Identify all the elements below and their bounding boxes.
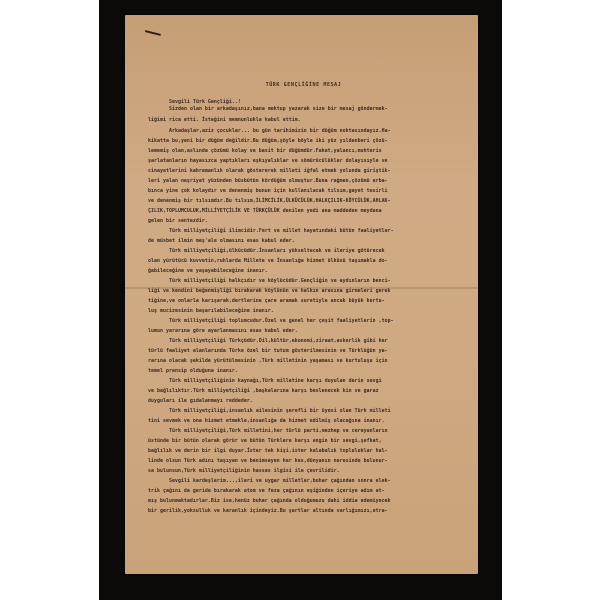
photo-backdrop: TÜRK GENÇLİĞİNE MESAJ Sevgili Türk Gençl… [99, 0, 502, 600]
document-line: rarına olacak şekilde yürütülmesinin ,Tü… [148, 358, 388, 364]
document-line: liğimi rica etti. İsteğini memnunlukla k… [148, 117, 301, 123]
document-line: bınca yine çok kolaydır ve denenmiş bunu… [148, 188, 388, 194]
document-line: tiğine,ve onlarla karışarak,dertlerine ç… [148, 298, 385, 304]
document-line: şarlatanların hayasızca yaptıkları eşkıy… [148, 158, 388, 164]
document-line: Türk milliyetçiliği,insanlık ailesinin ş… [169, 408, 391, 414]
document-line: ve denenmiş bir tılsımdır.Bu tılsım,İLİM… [148, 198, 391, 204]
document-line: temel prensip olduğuna inanır. [148, 368, 238, 374]
document-line: sa bulunsun,Türk milliyetçiliğinin hassa… [148, 468, 340, 474]
document-line: liği ve kendini beğenmişliği bırakarak k… [148, 288, 391, 294]
document-line: Türk milliyetçiliği Türkçüdür.Dil,kültür… [169, 338, 388, 344]
document-title: TÜRK GENÇLİĞİNE MESAJ [141, 82, 466, 88]
document-line: bir gerilik,yoksulluk ve karanlık içinde… [148, 508, 388, 514]
document-line: ÇILIK,TOPLUMCULUK,MİLLİYETÇİLİK VE TÜRKÇ… [148, 208, 382, 214]
document-line: Türk milliyetçiliği,ülkücüdür.İnsanları … [169, 248, 385, 254]
document-line: tini sevmek ve ona hizmet etmekle,insanl… [148, 418, 385, 424]
document-line: bağlılık ve derin bir ilgi duyar.İster t… [148, 448, 388, 454]
document-line: luş mucizesinin başarılabileceğine inanı… [148, 308, 274, 314]
document-line: Arkadaşlar,aziz çocuklar... bu gün tarih… [169, 128, 391, 134]
typewritten-page: TÜRK GENÇLİĞİNE MESAJ Sevgili Türk Gençl… [125, 15, 478, 574]
pen-stroke-mark [145, 30, 161, 35]
document-line: mış bulunmaktadırlar.Biz ise,henüz buhar… [148, 498, 391, 504]
document-line: gelen bir sentezdir. [148, 218, 208, 224]
document-line: trik çağını da geride bırakarak atom ve … [148, 488, 385, 494]
document-line: Türk milliyetçiliği halkçıdır ve köylücü… [169, 278, 391, 284]
document-line: linde olsun Türk adını taşıyan ve benims… [148, 458, 388, 464]
document-line: üstünde bir bütün olarak görür ve bütün … [148, 438, 382, 444]
document-line: ve bağlılıktır.Türk milliyetçiliği ,başk… [148, 388, 379, 394]
document-line: Türk milliyetçiliği ilimcidir.Fert ve mi… [169, 228, 394, 234]
document-line: kikatta bu,yeni bir düğüm değildir.Bu dü… [148, 138, 388, 144]
document-line: Sevgili Türk Gençliği..! [169, 99, 241, 105]
document-line: Sizden olan bir arkadaşınız,bana mektup … [169, 106, 388, 112]
document-line: Sevgili kardeşlerim...,ileri ve uygar mi… [169, 478, 391, 484]
document-line: leri yalan neşriyat yüzünden büsbütün kö… [148, 178, 388, 184]
document-line: de müsbet ilmin meş'ale olmasını esas ka… [148, 238, 295, 244]
document-line: Türk milliyetçiliği toplumcudur.Özel ve … [169, 318, 394, 324]
document-line: Türk milliyetçiliğinin kaynağı,Türk mill… [169, 378, 382, 384]
document-line: duyguları ile gıdalanmayı reddeder. [148, 398, 253, 404]
document-line: türlü faaliyet alanlarında Türke özel bi… [148, 348, 388, 354]
document-line: olan yürütücü kuvvetin,ruhlarda Millete … [148, 258, 388, 264]
document-line: Türk milliyetçiliği,Türk milletini,her t… [169, 428, 388, 434]
document-line: lumun yararına göre ayarlanmasını esas k… [148, 328, 298, 334]
document-line: ğabileceğine ve yaşayabileceğine inanır. [148, 268, 268, 274]
document-line: lememiş olan,aslında çözümü kolay ve bas… [148, 148, 382, 154]
document-line: cinayetlerini kahramanlık olarak göstere… [148, 168, 391, 174]
